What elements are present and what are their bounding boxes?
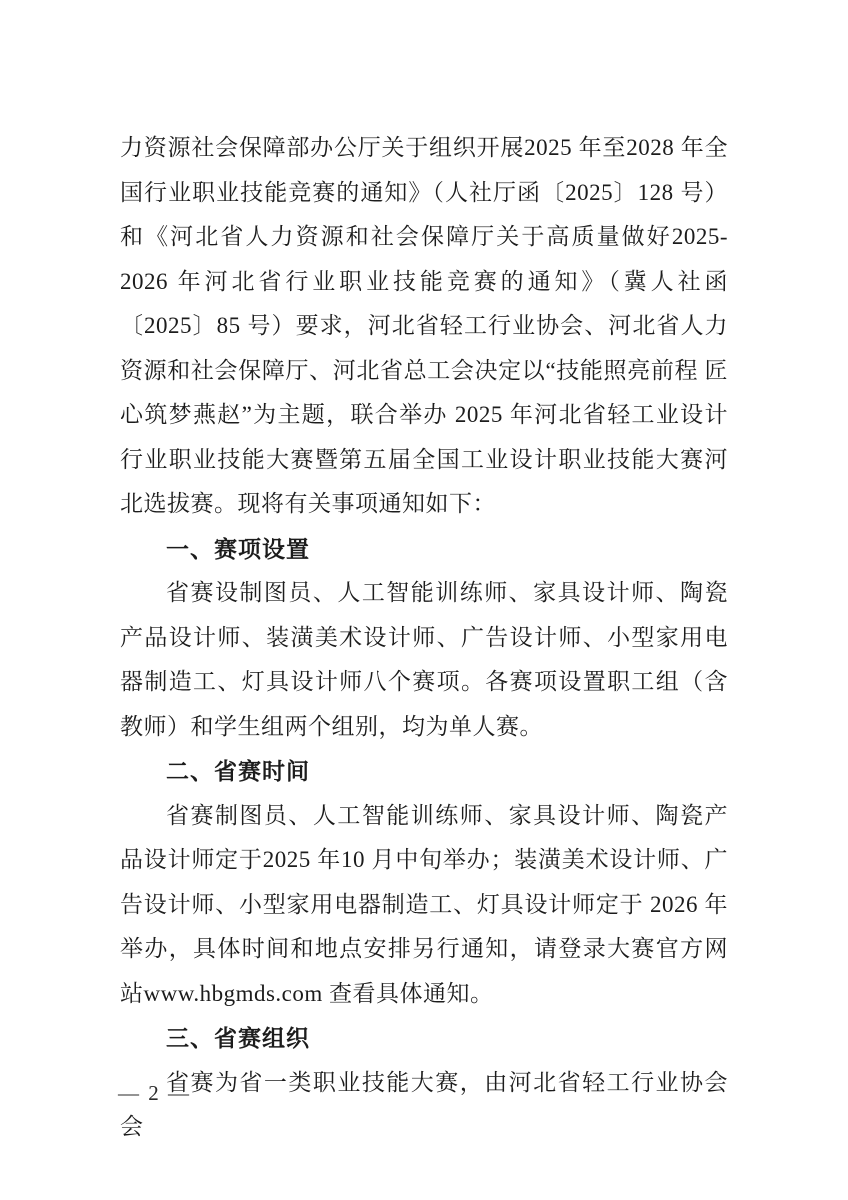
section-heading-3: 三、省赛组织 [120,1016,728,1061]
body-paragraph-organization: 省赛为省一类职业技能大赛，由河北省轻工行业协会会 [120,1061,728,1150]
page-number: — 2 — [118,1080,191,1106]
document-page: 力资源社会保障部办公厅关于组织开展2025 年至2028 年全国行业职业技能竞赛… [0,0,848,1200]
section-heading-2: 二、省赛时间 [120,749,728,794]
body-paragraph-events: 省赛设制图员、人工智能训练师、家具设计师、陶瓷产品设计师、装潢美术设计师、广告设… [120,571,728,749]
section-heading-1: 一、赛项设置 [120,527,728,572]
body-paragraph-continuation: 力资源社会保障部办公厅关于组织开展2025 年至2028 年全国行业职业技能竞赛… [120,126,728,527]
document-body: 力资源社会保障部办公厅关于组织开展2025 年至2028 年全国行业职业技能竞赛… [120,126,728,1150]
body-paragraph-schedule: 省赛制图员、人工智能训练师、家具设计师、陶瓷产品设计师定于2025 年10 月中… [120,794,728,1017]
